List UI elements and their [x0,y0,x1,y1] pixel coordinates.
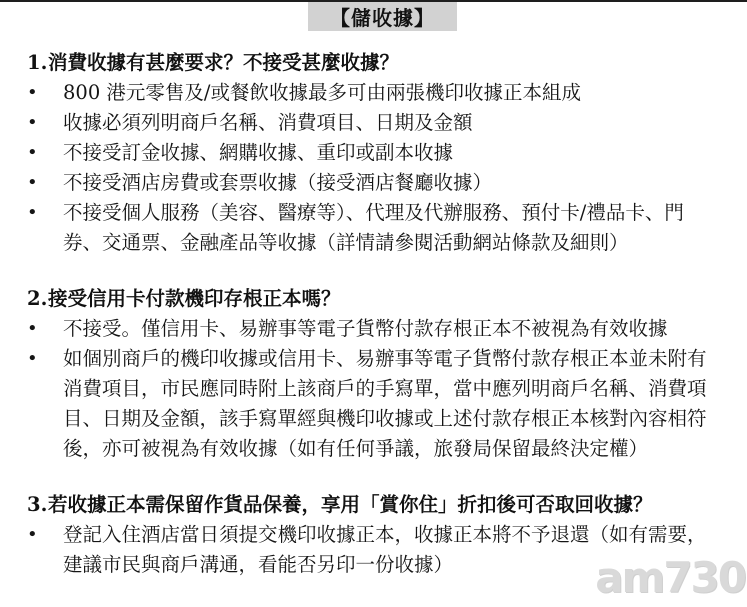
section-receipt-requirements: 1. 消費收據有甚麼要求？不接受甚麼收據？ • 800 港元零售及/或餐飲收據最… [27,48,724,258]
list-item-line: 收據必須列明商戶名稱、消費項目、日期及金額 [63,108,724,138]
bullet-icon: • [27,138,63,168]
bullet-icon: • [27,520,63,580]
document-page: 【儲收據】 1. 消費收據有甚麼要求？不接受甚麼收據？ • 800 港元零售及/… [0,0,747,607]
list-item: • 如個別商戶的機印收據或信用卡、易辦事等電子貨幣付款存根正本並未附有 消費項目… [27,344,724,464]
section-credit-card-slips: 2. 接受信用卡付款機印存根正本嗎？ • 不接受。僅信用卡、易辦事等電子貨幣付款… [27,284,724,464]
bullet-icon: • [27,198,63,258]
list-item-line: 消費項目，市民應同時附上該商戶的手寫單，當中應列明商戶名稱、消費項 [63,374,724,404]
list-item-line: 不接受。僅信用卡、易辦事等電子貨幣付款存根正本不被視為有效收據 [63,314,724,344]
section-number: 3. [27,490,48,520]
section-heading: 3. 若收據正本需保留作貨品保養，享用「賞你住」折扣後可否取回收據？ [27,490,724,520]
list-item-line: 券、交通票、金融產品等收據（詳情請參閱活動網站條款及細則） [63,228,724,258]
list-item: • 收據必須列明商戶名稱、消費項目、日期及金額 [27,108,724,138]
list-item: • 不接受個人服務（美容、醫療等）、代理及代辦服務、預付卡/禮品卡、門 券、交通… [27,198,724,258]
page-title-box: 【儲收據】 [308,2,457,31]
section-number: 1. [27,48,48,78]
list-item-line: 如個別商戶的機印收據或信用卡、易辦事等電子貨幣付款存根正本並未附有 [63,344,724,374]
list-item: • 不接受。僅信用卡、易辦事等電子貨幣付款存根正本不被視為有效收據 [27,314,724,344]
page-title: 【儲收據】 [330,2,435,31]
list-item-line: 不接受個人服務（美容、醫療等）、代理及代辦服務、預付卡/禮品卡、門 [63,198,724,228]
section-heading-text: 接受信用卡付款機印存根正本嗎？ [48,284,341,314]
document-content: 1. 消費收據有甚麼要求？不接受甚麼收據？ • 800 港元零售及/或餐飲收據最… [27,48,724,580]
bullet-icon: • [27,108,63,138]
section-heading-text: 消費收據有甚麼要求？不接受甚麼收據？ [48,48,399,78]
list-item-line: 800 港元零售及/或餐飲收據最多可由兩張機印收據正本組成 [63,78,724,108]
section-number: 2. [27,284,48,314]
section-heading: 2. 接受信用卡付款機印存根正本嗎？ [27,284,724,314]
list-item-line: 後，亦可被視為有效收據（如有任何爭議，旅發局保留最終決定權） [63,434,724,464]
list-item-line: 目、日期及金額，該手寫單經與機印收據或上述付款存根正本核對內容相符 [63,404,724,434]
bullet-icon: • [27,78,63,108]
list-item: • 不接受訂金收據、網購收據、重印或副本收據 [27,138,724,168]
bullet-icon: • [27,168,63,198]
bullet-icon: • [27,314,63,344]
list-item: • 800 港元零售及/或餐飲收據最多可由兩張機印收據正本組成 [27,78,724,108]
list-item-line: 不接受酒店房費或套票收據（接受酒店餐廳收據） [63,168,724,198]
list-item-line: 不接受訂金收據、網購收據、重印或副本收據 [63,138,724,168]
am730-watermark-logo: am730 [595,557,745,599]
list-item-line: 登記入住酒店當日須提交機印收據正本，收據正本將不予退還（如有需要， [63,520,724,550]
section-heading-text: 若收據正本需保留作貨品保養，享用「賞你住」折扣後可否取回收據？ [48,490,653,520]
list-item: • 不接受酒店房費或套票收據（接受酒店餐廳收據） [27,168,724,198]
section-heading: 1. 消費收據有甚麼要求？不接受甚麼收據？ [27,48,724,78]
bullet-icon: • [27,344,63,464]
